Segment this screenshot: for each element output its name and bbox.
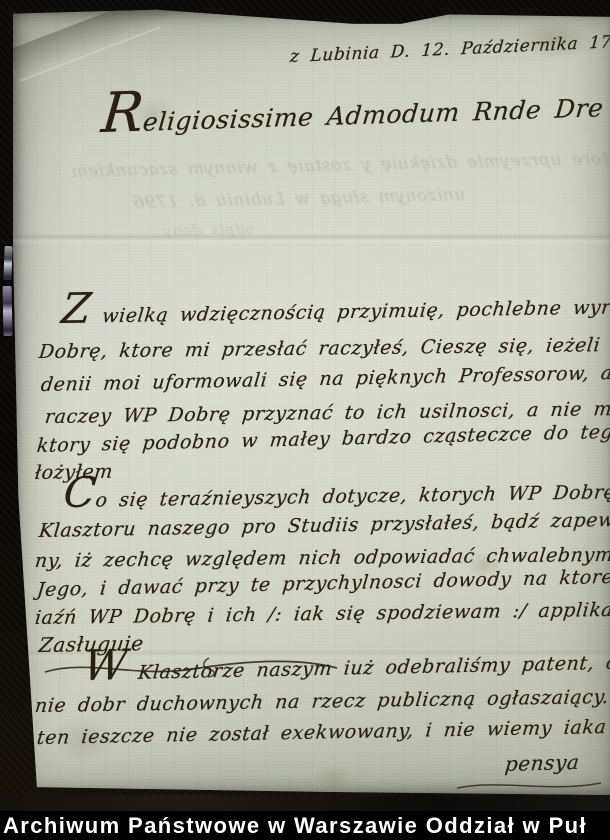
archival-scan: za ktore uprzeymie dziękuię y zostaię z … [0,0,610,840]
catchword: pensya [504,750,581,776]
archive-caption: Archiwum Państwowe w Warszawie Oddział w… [0,811,610,840]
archive-caption-bar: Archiwum Państwowe w Warszawie Oddział w… [0,811,610,840]
horizontal-crease [13,233,610,245]
binding-clip-bottom [3,286,13,336]
manuscript-page: za ktore uprzeymie dziękuię y zostaię z … [13,9,610,795]
binding-clip-top [3,246,12,280]
bleedthrough-line: odpis dany [162,220,255,240]
scan-bottom-gap [0,795,610,812]
